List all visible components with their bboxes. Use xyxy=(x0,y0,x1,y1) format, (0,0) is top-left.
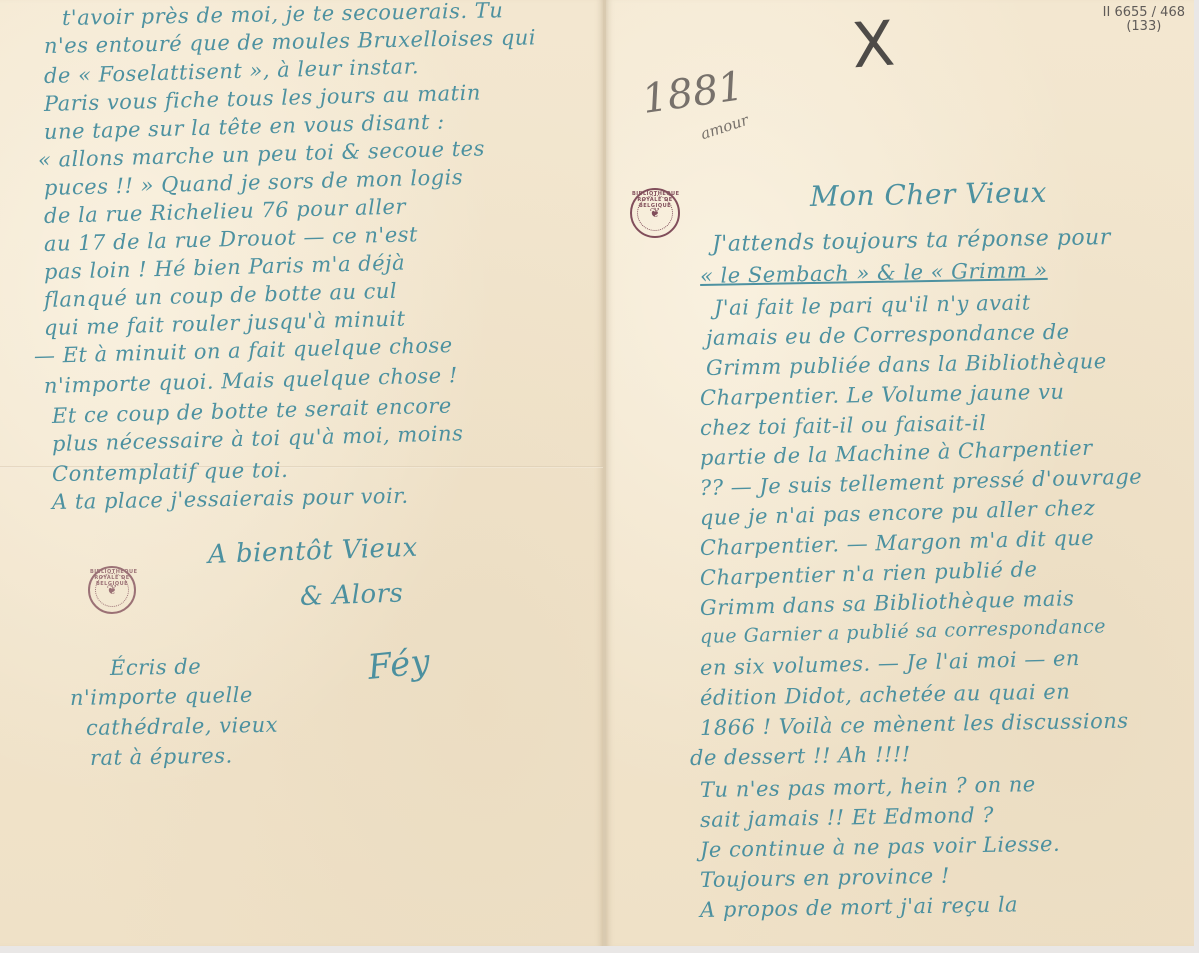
archive-reference: II 6655 / 468 (133) xyxy=(1103,6,1185,34)
archive-reference-folio: (133) xyxy=(1103,20,1185,34)
handwritten-line: sait jamais !! Et Edmond ? xyxy=(700,803,994,832)
signature: Féy xyxy=(366,642,432,688)
handwritten-line: chez toi fait-il ou faisait-il xyxy=(700,411,987,440)
greeting: Mon Cher Vieux xyxy=(810,176,1047,213)
library-stamp-icon: BIBLIOTHÈQUE ROYALE DE BELGIQUE ❦ xyxy=(630,188,680,238)
library-stamp-icon: BIBLIOTHÈQUE ROYALE DE BELGIQUE ❦ xyxy=(88,566,136,614)
handwritten-line: Toujours en province ! xyxy=(700,864,950,892)
archive-reference-number: II 6655 / 468 xyxy=(1103,6,1185,20)
postscript-line: rat à épures. xyxy=(90,744,233,770)
stamp-emblem-icon: ❦ xyxy=(650,206,661,221)
postscript-line: Écris de xyxy=(110,654,202,680)
postscript-line: n'importe quelle xyxy=(70,683,253,710)
stamp-emblem-icon: ❦ xyxy=(107,583,118,598)
pencil-x-mark: X xyxy=(850,7,897,83)
postscript-line: cathédrale, vieux xyxy=(86,713,278,740)
handwritten-line: Contemplatif que toi. xyxy=(52,458,289,486)
closing-line: & Alors xyxy=(299,578,403,612)
handwritten-line: de dessert !! Ah !!!! xyxy=(690,742,911,770)
